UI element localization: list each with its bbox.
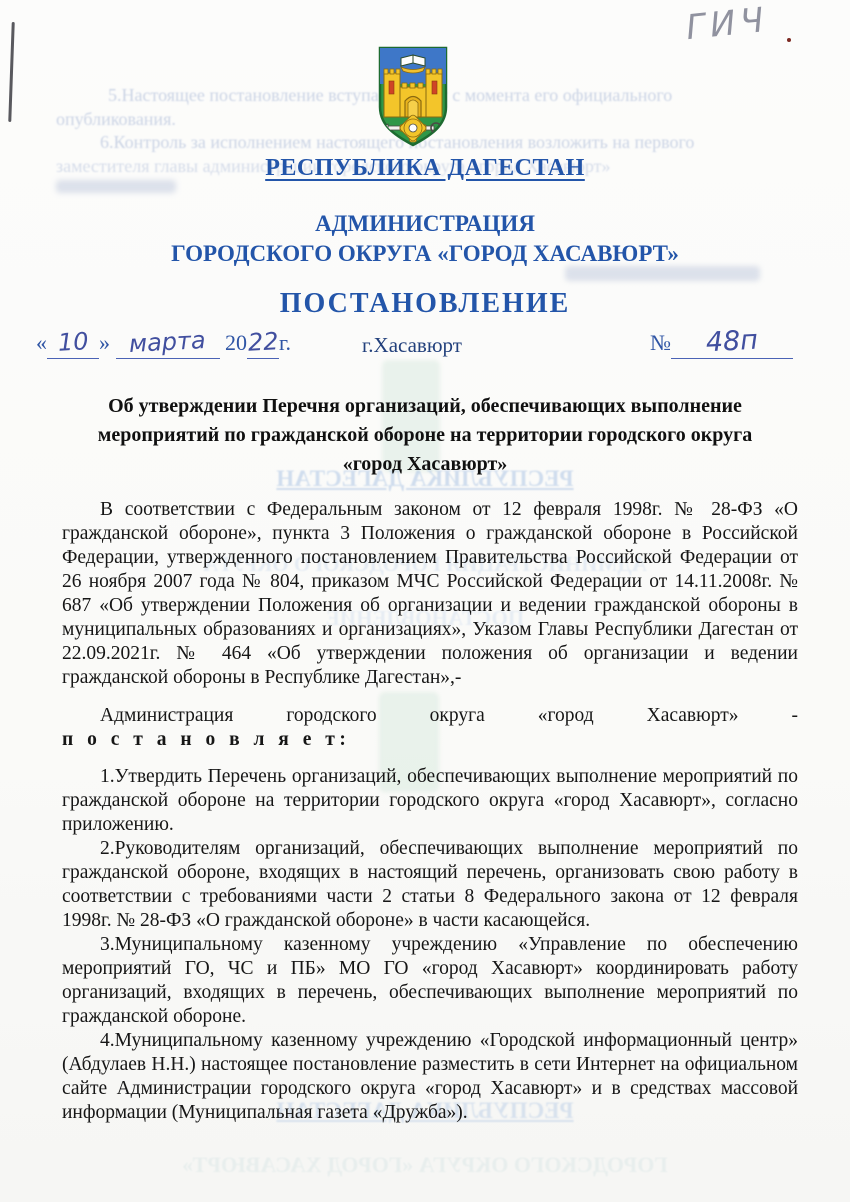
pencil-annotation: ГИЧ bbox=[684, 0, 770, 48]
resolution-verb: п о с т а н о в л я е т: bbox=[62, 729, 350, 750]
ink-speck bbox=[787, 38, 791, 42]
bleedthrough-smudge bbox=[565, 266, 760, 281]
bleedthrough-line: опубликования. bbox=[56, 108, 356, 131]
republic-title: РЕСПУБЛИКА ДАГЕСТАН bbox=[0, 155, 850, 182]
document-body: В соответствии с Федеральным законом от … bbox=[62, 498, 798, 1125]
date-number-row: «10» марта 2022г. г.Хасавюрт №48п bbox=[0, 330, 850, 370]
org-name-line1: АДМИНИСТРАЦИЯ bbox=[0, 211, 850, 237]
pencil-tick-mark bbox=[8, 22, 14, 122]
order-item-4: 4.Муниципальному казенному учреждению «Г… bbox=[62, 1029, 798, 1125]
order-item-3: 3.Муниципальному казенному учреждению «У… bbox=[62, 933, 798, 1029]
document-title: Об утверждении Перечня организаций, обес… bbox=[85, 392, 765, 479]
order-item-2: 2.Руководителям организаций, обеспечиваю… bbox=[62, 837, 798, 933]
preamble-paragraph: В соответствии с Федеральным законом от … bbox=[62, 498, 798, 690]
handwritten-number: 48п bbox=[705, 331, 758, 354]
order-item-1: 1.Утвердить Перечень организаций, обеспе… bbox=[62, 765, 798, 837]
scanned-document-page: 5.Настоящее постановление вступает в сил… bbox=[0, 0, 850, 1202]
document-type-title: ПОСТАНОВЛЕНИЕ bbox=[0, 288, 850, 320]
number-field: №48п bbox=[650, 330, 793, 359]
resolution-line: Администрация городского округа «город Х… bbox=[62, 704, 798, 752]
resolution-lead: Администрация городского округа «город Х… bbox=[100, 705, 798, 726]
khasavyurt-coat-of-arms bbox=[375, 45, 451, 149]
number-sign: № bbox=[650, 330, 671, 355]
org-name-line2: ГОРОДСКОГО ОКРУГА «ГОРОД ХАСАВЮРТ» bbox=[0, 241, 850, 267]
bleedthrough-mirrored-text: ГОРОДСКОГО ОКРУГА «ГОРОД ХАСАВЮРТ» bbox=[0, 1152, 850, 1178]
